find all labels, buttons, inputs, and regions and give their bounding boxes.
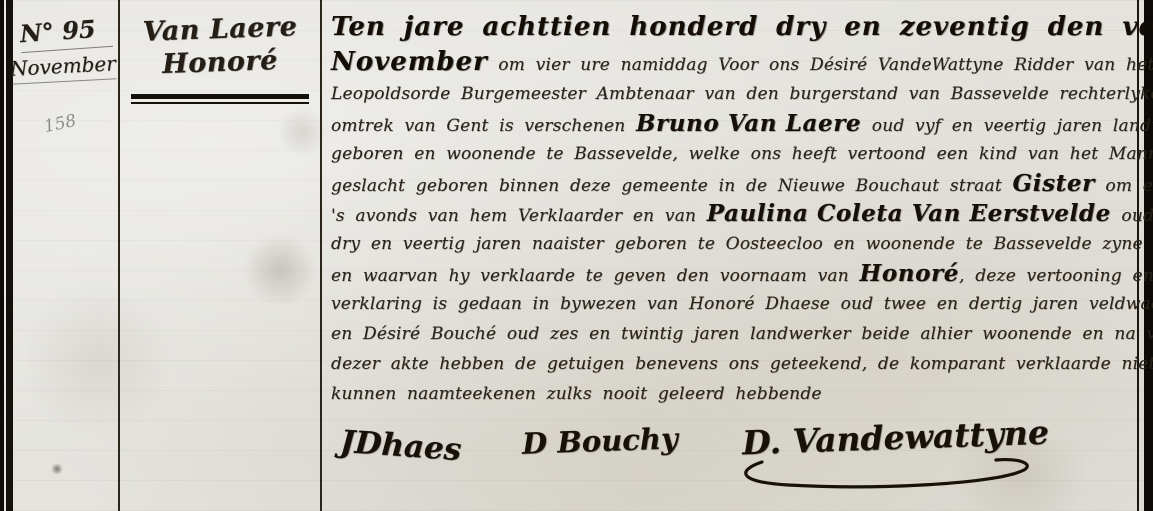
act-segment: 's avonds van hem Verklaarder en van bbox=[331, 206, 707, 226]
act-segment-mother-name: Paulina Coleta Van Eerstvelde bbox=[707, 200, 1111, 227]
act-line: geslacht geboren binnen deze gemeente in… bbox=[331, 169, 1137, 199]
act-segment: , deze vertooning en bbox=[959, 266, 1153, 286]
act-segment: en Désiré Bouché oud zes en twintig jare… bbox=[331, 324, 1153, 344]
act-segment-father-name: Bruno Van Laere bbox=[636, 110, 861, 137]
act-line: omtrek van Gent is verschenen Bruno Van … bbox=[331, 109, 1137, 139]
act-segment: November bbox=[331, 47, 488, 77]
act-segment: Ten jare achttien honderd dry en zeventi… bbox=[331, 12, 1153, 42]
act-line: verklaring is gedaan in bywezen van Hono… bbox=[331, 289, 1137, 319]
signature-witness-dhaese: JDhaes bbox=[339, 424, 463, 468]
act-segment: geboren en woonende te Bassevelde, welke… bbox=[331, 144, 1153, 164]
act-segment: verklaring is gedaan in bywezen van Hono… bbox=[331, 294, 1153, 314]
act-segment: oud bbox=[1111, 206, 1153, 226]
act-segment: dezer akte hebben de getuigen benevens o… bbox=[331, 354, 1153, 374]
ink-smudge bbox=[238, 228, 322, 312]
double-underline bbox=[131, 94, 309, 104]
act-segment-birth-day: Gister bbox=[1013, 170, 1095, 197]
signature-flourish bbox=[728, 448, 1038, 494]
act-text-column: Ten jare achttien honderd dry en zeventi… bbox=[331, 8, 1137, 409]
right-page-border bbox=[1135, 0, 1153, 511]
act-segment: oud vyf en veertig jaren landwerker bbox=[861, 116, 1153, 136]
act-segment: Leopoldsorde Burgemeester Ambtenaar van … bbox=[331, 84, 1153, 104]
act-segment-child-name: Honoré bbox=[859, 260, 959, 287]
child-given-name: Honoré bbox=[122, 44, 319, 82]
child-surname: Van Laere bbox=[122, 11, 319, 49]
act-line: dezer akte hebben de getuigen benevens o… bbox=[331, 349, 1137, 379]
act-line: en waarvan hy verklaarde te geven den vo… bbox=[331, 259, 1137, 289]
paper-stain bbox=[272, 108, 332, 156]
act-segment: omtrek van Gent is verschenen bbox=[331, 116, 636, 136]
act-line: geboren en woonende te Bassevelde, welke… bbox=[331, 139, 1137, 169]
paper-stain bbox=[28, 270, 168, 450]
ink-spot bbox=[50, 462, 64, 476]
name-column-divider bbox=[320, 0, 322, 511]
act-line: dry en veertig jaren naaister geboren te… bbox=[331, 229, 1137, 259]
act-line: Ten jare achttien honderd dry en zeventi… bbox=[331, 8, 1137, 46]
act-segment: om vier ure namiddag Voor ons Désiré Van… bbox=[488, 55, 1153, 75]
signature-witness-bouche: D Bouchy bbox=[521, 421, 678, 460]
act-line: kunnen naamteekenen zulks nooit geleerd … bbox=[331, 379, 1137, 409]
act-line: en Désiré Bouché oud zes en twintig jare… bbox=[331, 319, 1137, 349]
entry-number: N° 95 bbox=[19, 13, 113, 53]
act-segment: kunnen naamteekenen zulks nooit geleerd … bbox=[331, 384, 822, 404]
act-segment: om elf ure bbox=[1095, 176, 1153, 196]
act-line: Leopoldsorde Burgemeester Ambtenaar van … bbox=[331, 79, 1137, 109]
register-page: N° 95 November 158 Van Laere Honoré Ten … bbox=[0, 0, 1153, 511]
act-line: 's avonds van hem Verklaarder en van Pau… bbox=[331, 199, 1137, 229]
underline-bar bbox=[131, 94, 309, 99]
act-line: November om vier ure namiddag Voor ons D… bbox=[331, 46, 1137, 79]
act-segment: geslacht geboren binnen deze gemeente in… bbox=[331, 176, 1013, 196]
pencil-note: 158 bbox=[42, 111, 78, 137]
act-segment: dry en veertig jaren naaister geboren te… bbox=[331, 234, 1153, 254]
name-column: Van Laere Honoré bbox=[122, 0, 318, 104]
entry-month: November bbox=[9, 51, 116, 85]
act-segment: en waarvan hy verklaarde te geven den vo… bbox=[331, 266, 859, 286]
margin-column-divider bbox=[118, 0, 120, 511]
underline-bar bbox=[131, 102, 309, 104]
